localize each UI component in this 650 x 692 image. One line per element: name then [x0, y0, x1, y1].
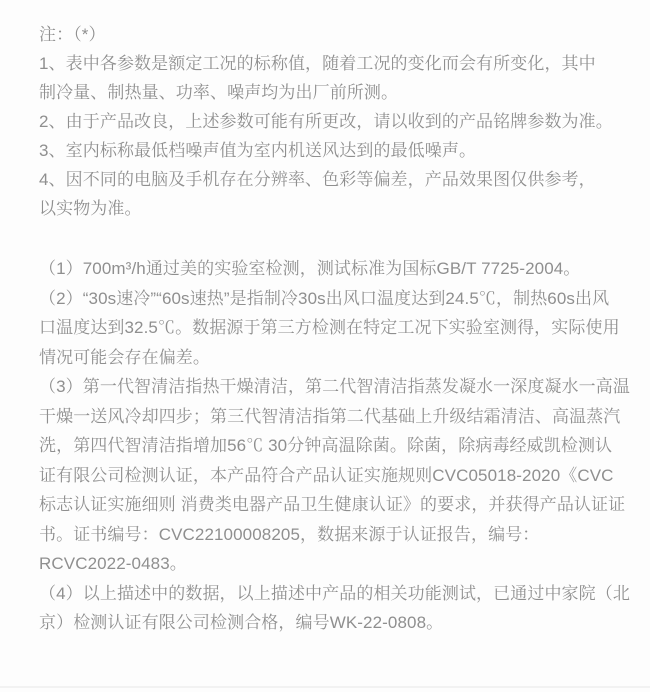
notes-section: 注：（*） 1、表中各参数是额定工况的标称值，随着工况的变化而会有所变化，其中 … [39, 20, 639, 223]
note-item-4: 4、因不同的电脑及手机存在分辨率、色彩等偏差，产品效果图仅供参考， 以实物为准。 [39, 165, 639, 223]
note-item-2: 2、由于产品改良，上述参数可能有所更改，请以收到的产品铭牌参数为准。 [39, 107, 639, 136]
note-item-1: 1、表中各参数是额定工况的标称值，随着工况的变化而会有所变化，其中 制冷量、制热… [39, 49, 639, 107]
footnote-item-4: （4）以上描述中的数据，以上描述中产品的相关功能测试，已通过中家院（北 京）检测… [39, 579, 639, 638]
footnotes-section: （1）700m³/h通过美的实验室检测，测试标准为国标GB/T 7725-200… [39, 254, 639, 638]
notes-title: 注：（*） [39, 20, 639, 49]
bottom-divider [0, 686, 650, 688]
product-notes-page: 注：（*） 1、表中各参数是额定工况的标称值，随着工况的变化而会有所变化，其中 … [0, 0, 650, 692]
footnote-item-3: （3）第一代智清洁指热干燥清洁，第二代智清洁指蒸发凝水一深度凝水一高温 干燥一送… [39, 372, 639, 579]
notes-content: 注：（*） 1、表中各参数是额定工况的标称值，随着工况的变化而会有所变化，其中 … [0, 0, 650, 638]
footnote-item-1: （1）700m³/h通过美的实验室检测，测试标准为国标GB/T 7725-200… [39, 254, 639, 284]
note-item-3: 3、室内标称最低档噪声值为室内机送风达到的最低噪声。 [39, 136, 639, 165]
footnote-item-2: （2）“30s速冷”“60s速热”是指制冷30s出风口温度达到24.5℃，制热6… [39, 284, 639, 373]
